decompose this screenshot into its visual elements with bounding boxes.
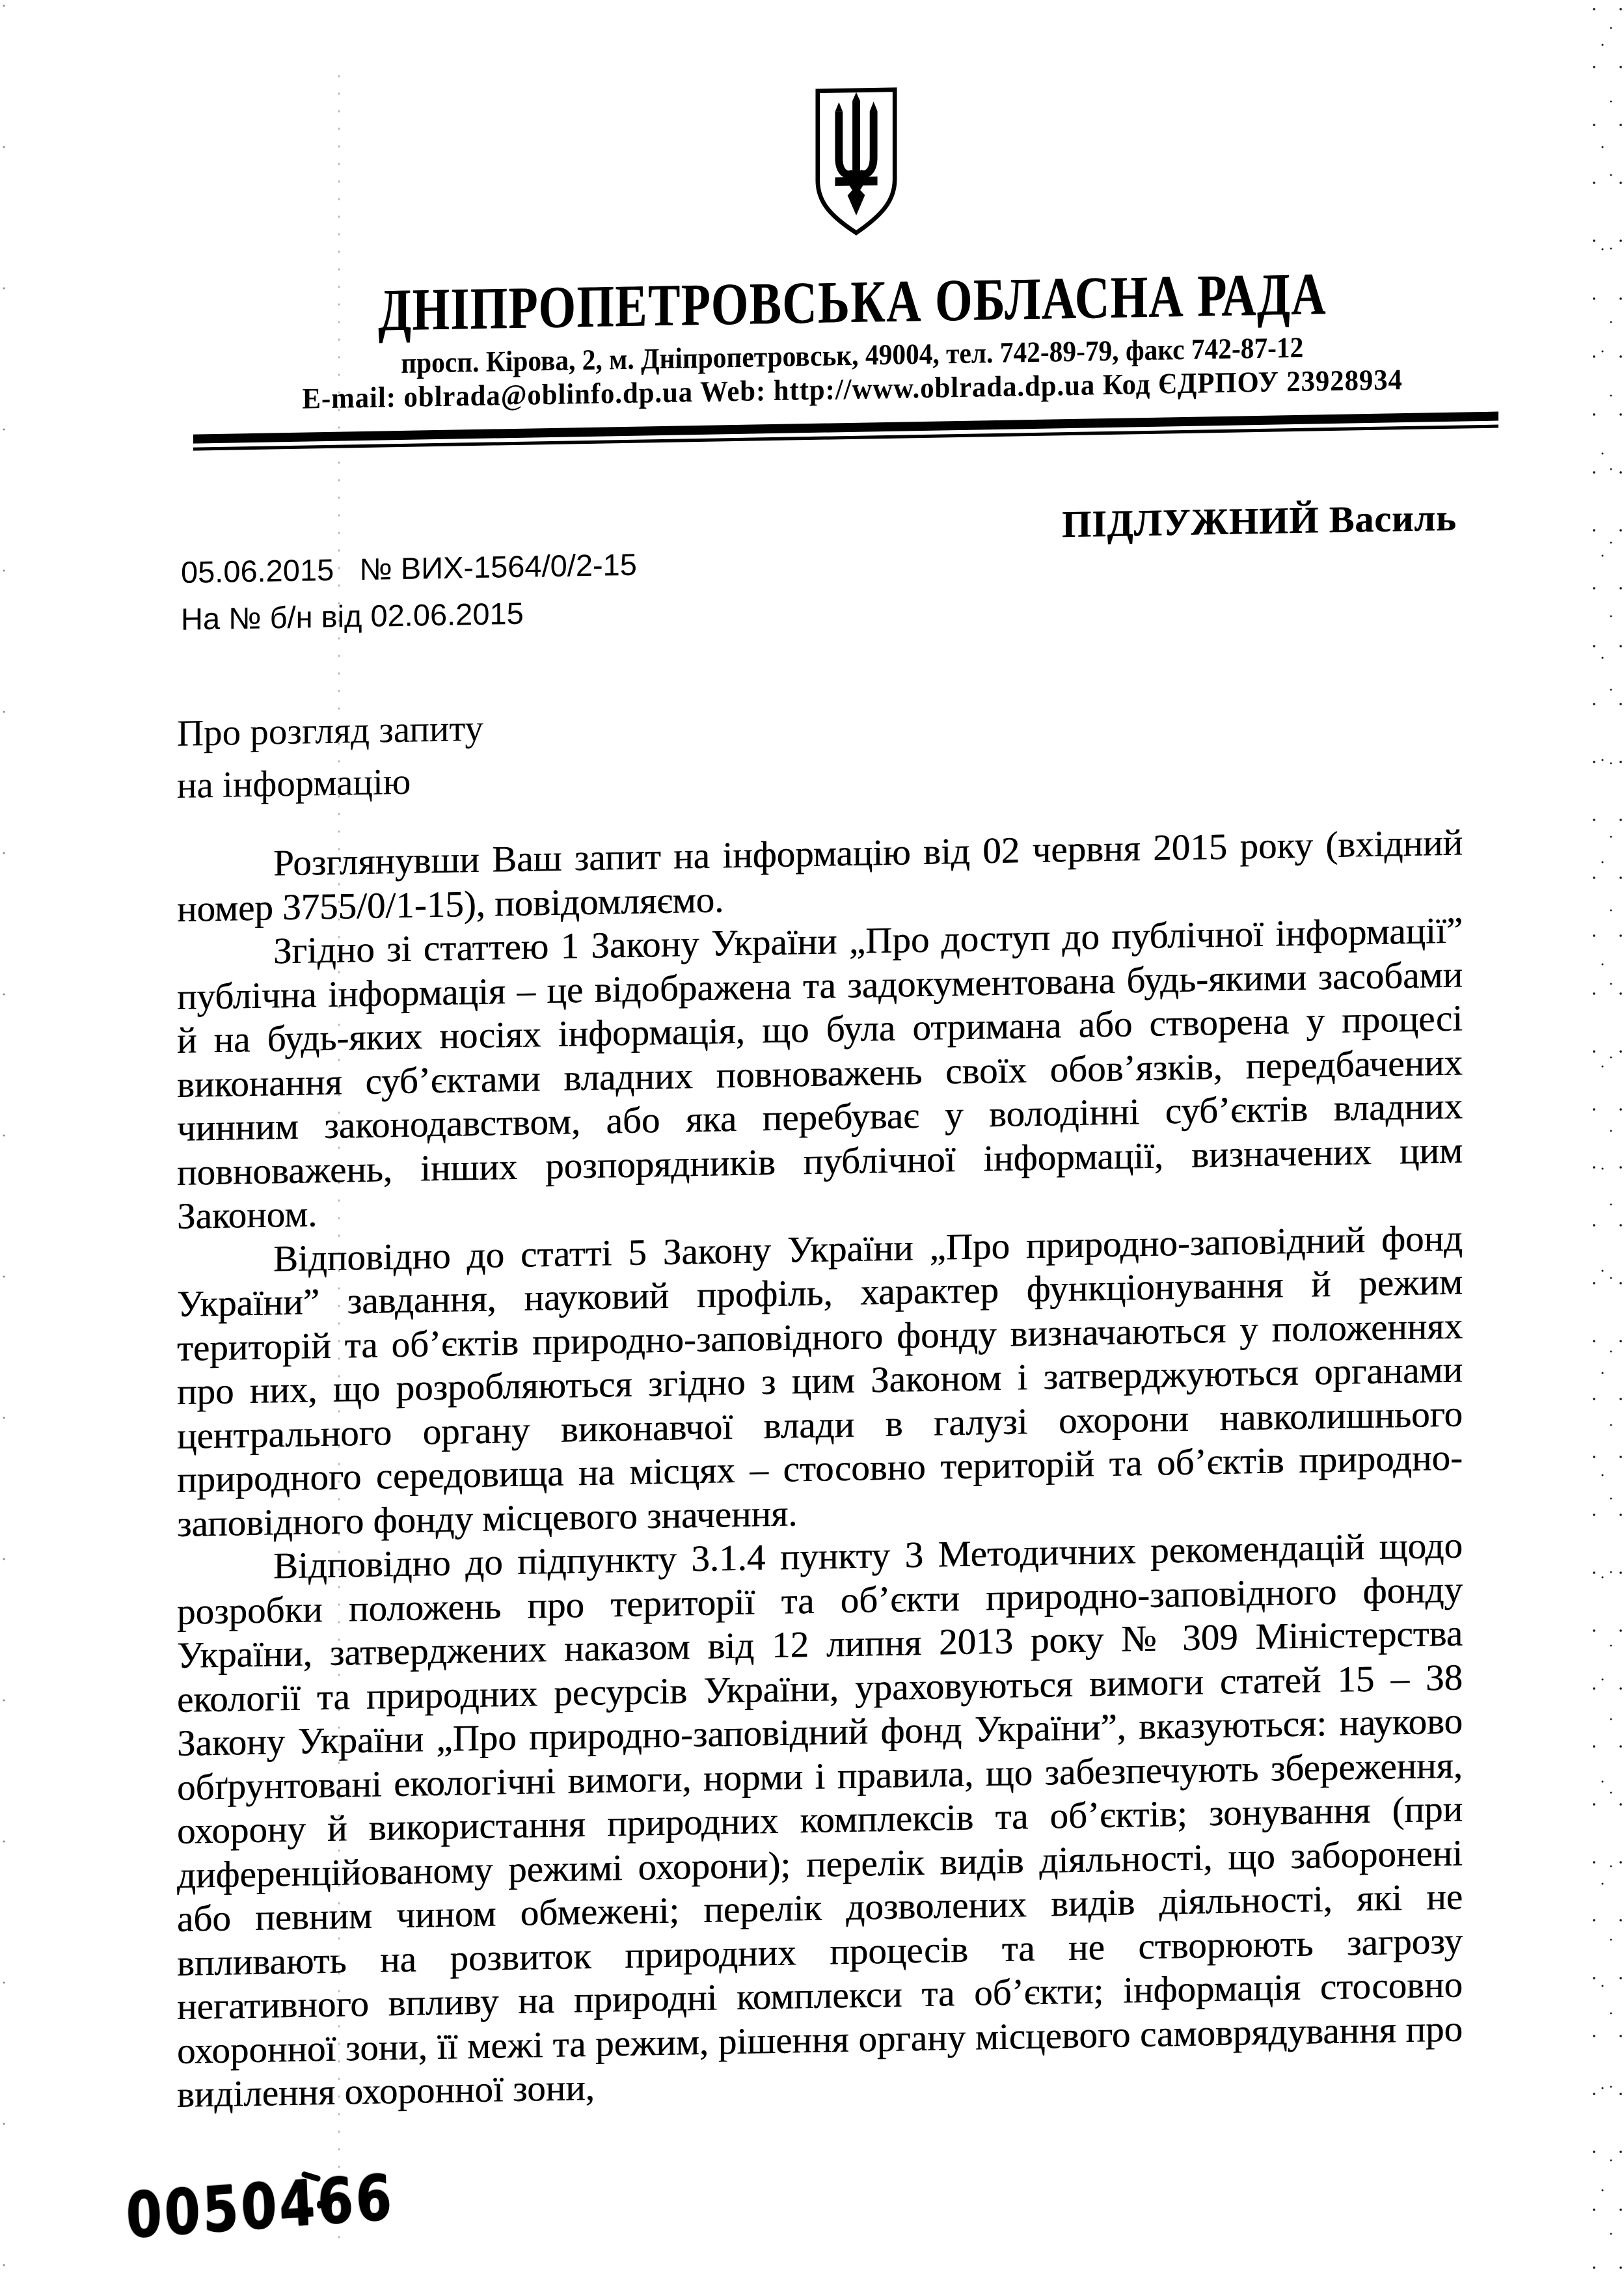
ukraine-trident-emblem: [808, 85, 904, 240]
scanned-letter-page: ДНІПРОПЕТРОВСЬКА ОБЛАСНА РАДА просп. Кір…: [0, 0, 1624, 2282]
subject-block: Про розгляд запиту на інформацію: [177, 703, 483, 812]
ink-speck: [317, 2201, 322, 2208]
registration-stamp-number: 0050466: [125, 2166, 395, 2247]
body-paragraph: Згідно зі статтею 1 Закону України „Про …: [177, 909, 1463, 1239]
letter-body: Розглянувши Ваш запит на інформацію від …: [177, 821, 1463, 2117]
body-paragraph: Відповідно до статті 5 Закону України „П…: [177, 1216, 1463, 1546]
letter-content: ДНІПРОПЕТРОВСЬКА ОБЛАСНА РАДА просп. Кір…: [0, 0, 1624, 2282]
header-divider-rule: [193, 412, 1498, 451]
outgoing-date-number: 05.06.2015 № ВИХ-1564/0/2-15: [181, 547, 637, 590]
subject-line-2: на інформацію: [177, 755, 483, 812]
body-paragraph: Відповідно до підпункту 3.1.4 пункту 3 М…: [177, 1524, 1463, 2117]
recipient-name: ПІДЛУЖНИЙ Василь: [1062, 496, 1457, 547]
reply-to-reference: На № б/н від 02.06.2015: [181, 595, 524, 637]
org-name-text: ДНІПРОПЕТРОВСЬКА ОБЛАСНА РАДА: [378, 264, 1327, 340]
subject-line-1: Про розгляд запиту: [177, 703, 483, 760]
